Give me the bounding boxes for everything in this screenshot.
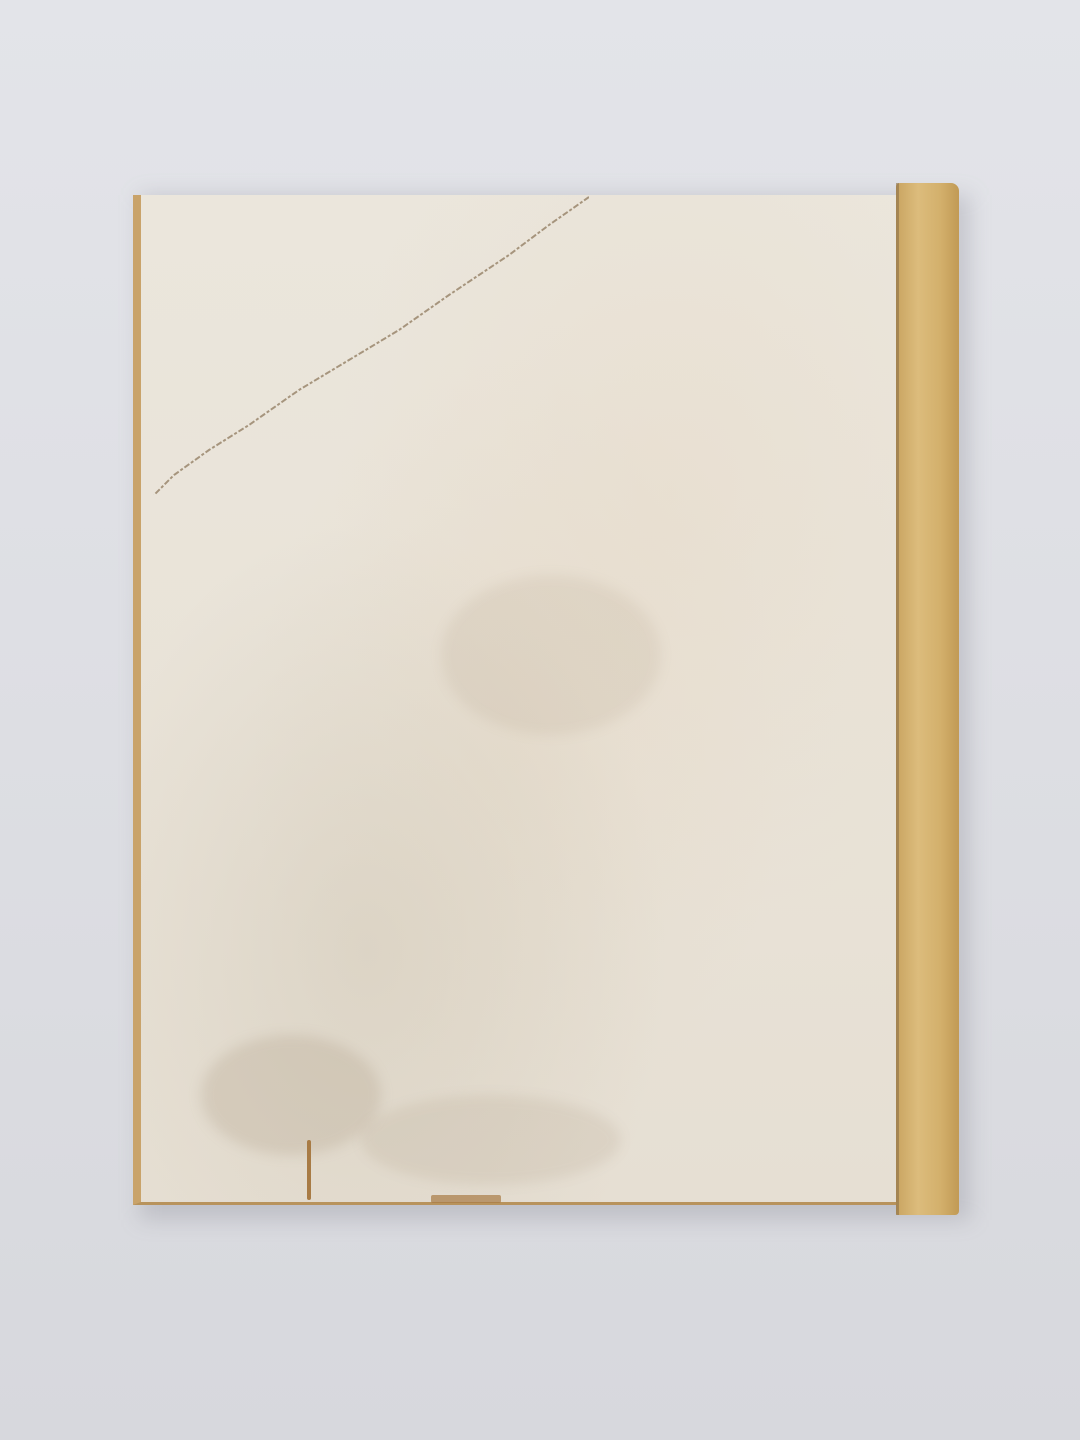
tear-mark [307,1140,311,1200]
stain-bottom [361,1095,621,1185]
tear-mark-bottom [431,1195,501,1203]
stain-lower-left [201,1035,381,1155]
photo-scene [0,0,1080,1440]
stain-center [441,575,661,735]
booklet [133,183,959,1215]
taped-spine [896,183,959,1215]
diagonal-crease [149,195,589,495]
back-cover [133,195,896,1205]
